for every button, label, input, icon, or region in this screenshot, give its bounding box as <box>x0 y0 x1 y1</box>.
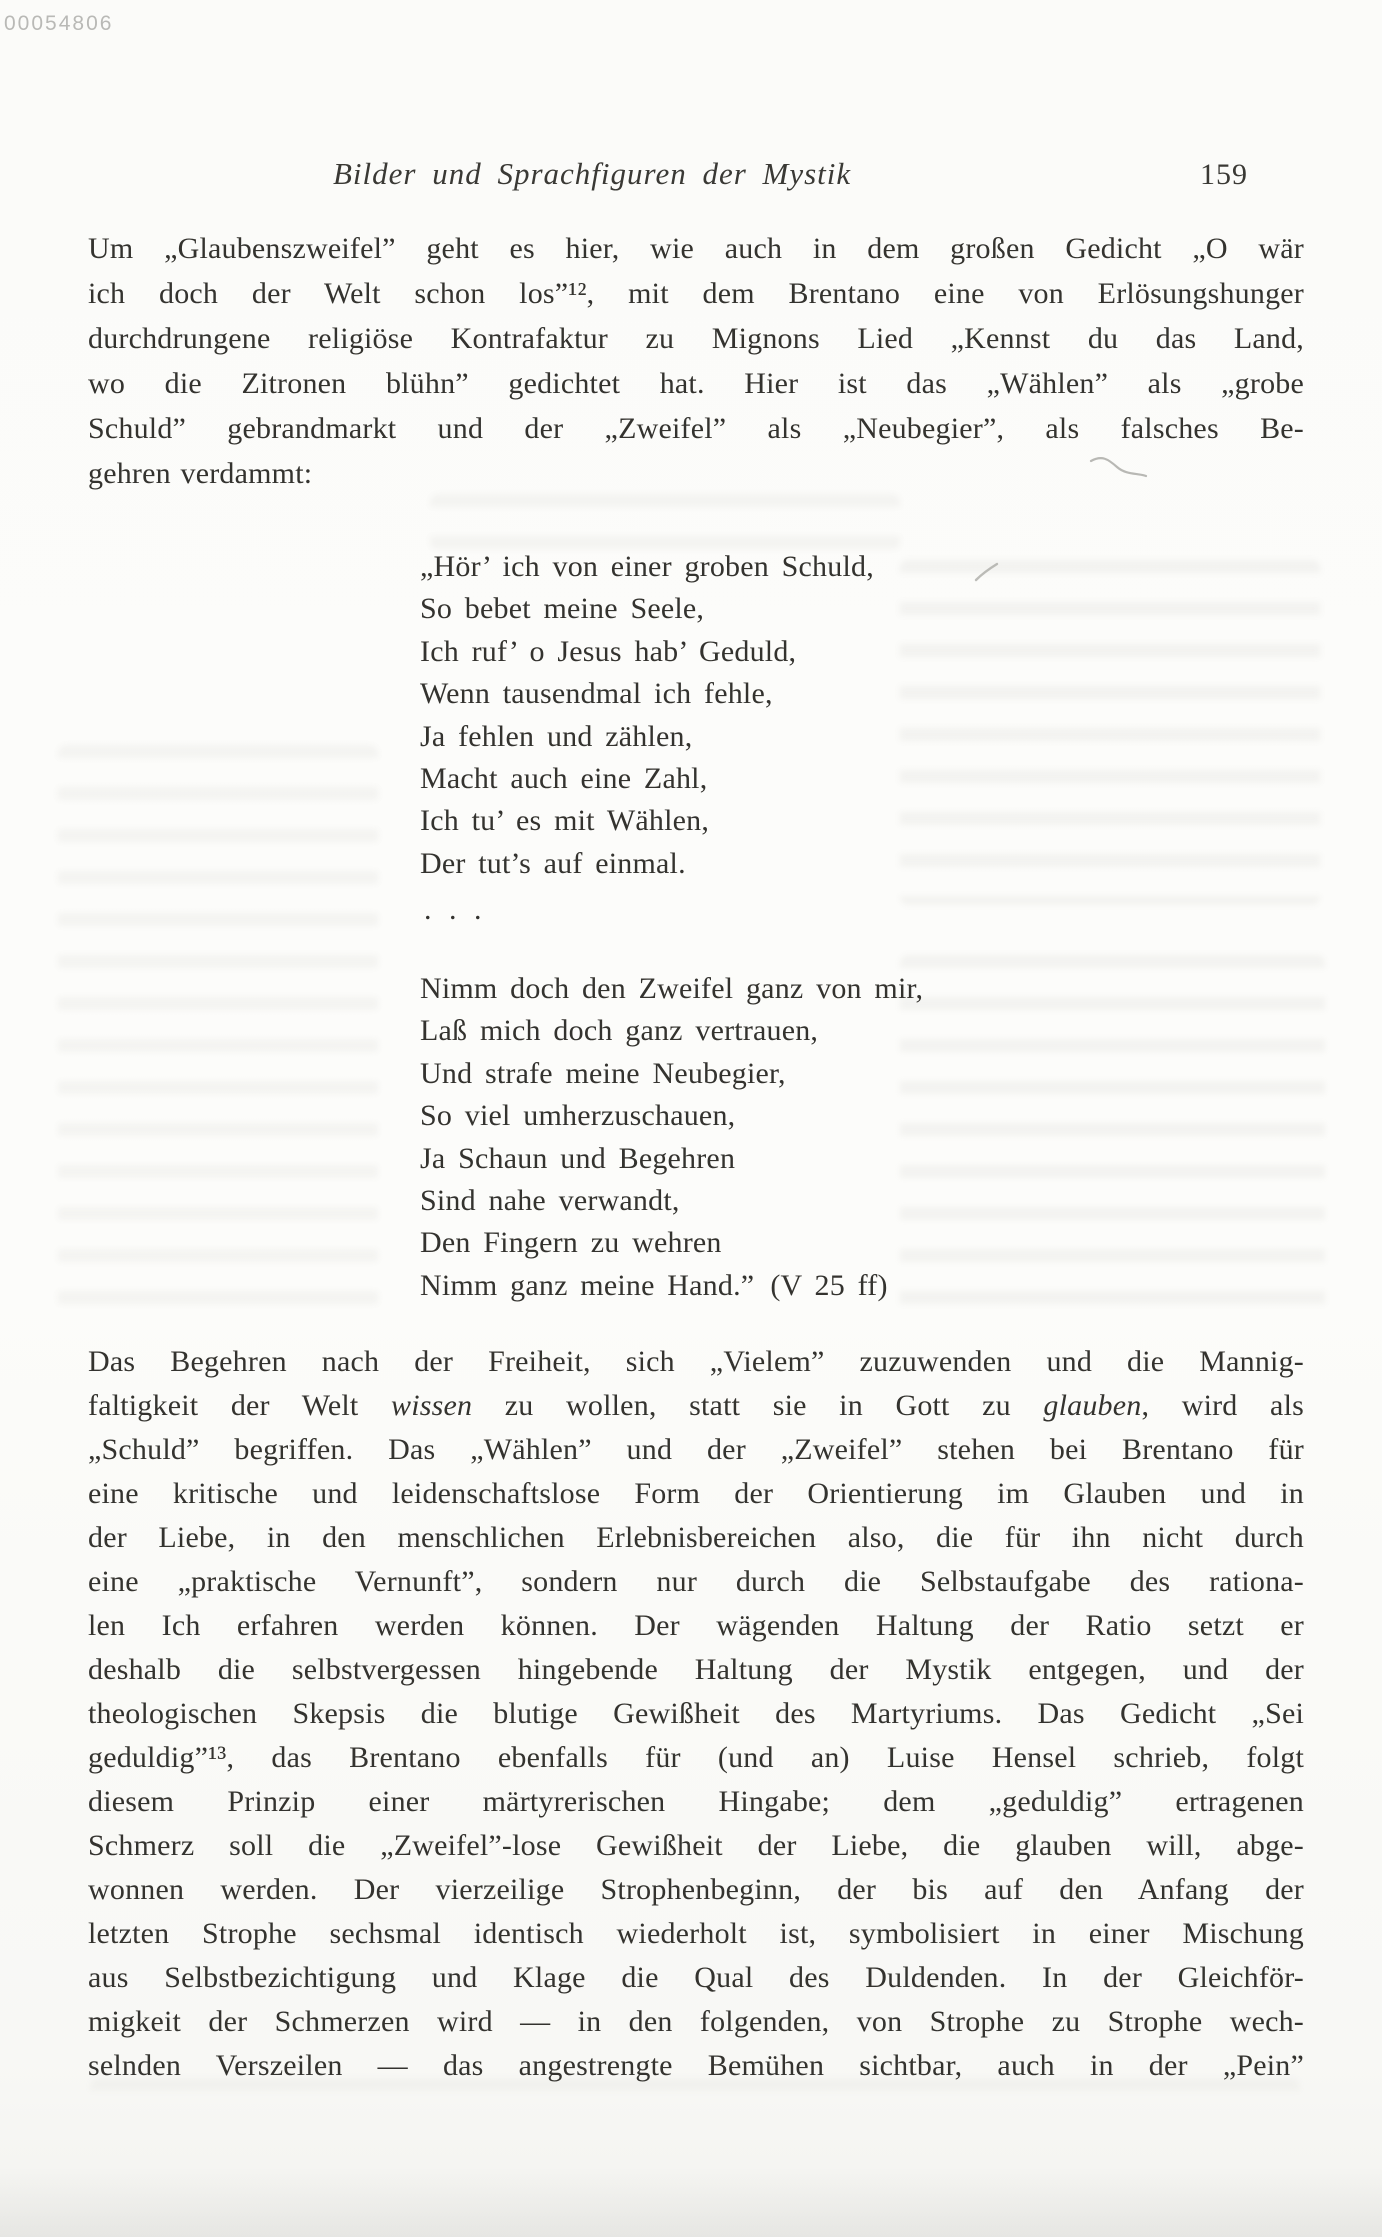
poem-stanza-2: Nimm doch den Zweifel ganz von mir,Laß m… <box>420 968 923 1307</box>
poem-stanza-1: „Hör’ ich von einer groben Schuld,So beb… <box>420 546 874 885</box>
text-line: Ich ruf’ o Jesus hab’ Geduld, <box>420 631 874 673</box>
text-line: aus Selbstbezichtigung und Klage die Qua… <box>88 1956 1304 2000</box>
text-line: len Ich erfahren werden können. Der wäge… <box>88 1604 1304 1648</box>
text-line: durchdrungene religiöse Kontrafaktur zu … <box>88 316 1304 361</box>
text-line: Wenn tausendmal ich fehle, <box>420 673 874 715</box>
bleedthrough-artifact <box>430 494 900 550</box>
text-line: wonnen werden. Der vierzeilige Strophenb… <box>88 1868 1304 1912</box>
text-line: Schmerz soll die „Zweifel”-lose Gewißhei… <box>88 1824 1304 1868</box>
text-line: Ich tu’ es mit Wählen, <box>420 800 874 842</box>
text-line: Macht auch eine Zahl, <box>420 758 874 800</box>
text-line: deshalb die selbstvergessen hingebende H… <box>88 1648 1304 1692</box>
text-line: faltigkeit der Welt wissen zu wollen, st… <box>88 1384 1304 1428</box>
poem-final-text: Nimm ganz meine Hand.” <box>420 1265 754 1307</box>
text-line: der Liebe, in den menschlichen Erlebnisb… <box>88 1516 1304 1560</box>
body-paragraph-2: Das Begehren nach der Freiheit, sich „Vi… <box>88 1340 1304 2088</box>
poem-separator-dots: . . . <box>424 893 487 927</box>
text-line: Sind nahe verwandt, <box>420 1180 923 1222</box>
verse-citation: (V 25 ff) <box>770 1265 887 1307</box>
text-line: Der tut’s auf einmal. <box>420 843 874 885</box>
text-line: Ja fehlen und zählen, <box>420 716 874 758</box>
poem-final-line: Nimm ganz meine Hand.” (V 25 ff) <box>420 1265 923 1307</box>
running-header-title: Bilder und Sprachfiguren der Mystik <box>333 156 851 192</box>
text-line: Den Fingern zu wehren <box>420 1222 923 1264</box>
text-line: Das Begehren nach der Freiheit, sich „Vi… <box>88 1340 1304 1384</box>
text-line: letzten Strophe sechsmal identisch wiede… <box>88 1912 1304 1956</box>
pen-mark-slash <box>972 560 1002 586</box>
text-line: Ja Schaun und Begehren <box>420 1138 923 1180</box>
text-line: selnden Verszeilen — das angestrengte Be… <box>88 2044 1304 2088</box>
text-line: So bebet meine Seele, <box>420 588 874 630</box>
text-line: Schuld” gebrandmarkt und der „Zweifel” a… <box>88 406 1304 451</box>
book-page-scan: 00054806 Bilder und Sprachfiguren der My… <box>0 0 1382 2237</box>
bleedthrough-artifact <box>900 560 1320 905</box>
bleedthrough-artifact <box>58 745 378 1310</box>
text-line: eine „praktische Vernunft”, sondern nur … <box>88 1560 1304 1604</box>
text-line: Laß mich doch ganz vertrauen, <box>420 1010 923 1052</box>
page-number: 159 <box>1200 158 1248 192</box>
text-line: ich doch der Welt schon los”¹², mit dem … <box>88 271 1304 316</box>
text-line: diesem Prinzip einer märtyrerischen Hing… <box>88 1780 1304 1824</box>
text-line: migkeit der Schmerzen wird — in den folg… <box>88 2000 1304 2044</box>
bleedthrough-artifact <box>900 955 1325 1325</box>
scan-id-stamp: 00054806 <box>4 12 113 36</box>
text-line: theologischen Skepsis die blutige Gewißh… <box>88 1692 1304 1736</box>
text-line: So viel umherzuschauen, <box>420 1095 923 1137</box>
text-line: „Schuld” begriffen. Das „Wählen” und der… <box>88 1428 1304 1472</box>
text-line: Um „Glaubenszweifel” geht es hier, wie a… <box>88 226 1304 271</box>
text-line: eine kritische und leidenschaftslose For… <box>88 1472 1304 1516</box>
text-line: gehren verdammt: <box>88 451 1304 496</box>
text-line: „Hör’ ich von einer groben Schuld, <box>420 546 874 588</box>
text-line: geduldig”¹³, das Brentano ebenfalls für … <box>88 1736 1304 1780</box>
body-paragraph-1: Um „Glaubenszweifel” geht es hier, wie a… <box>88 226 1304 496</box>
text-line: Nimm doch den Zweifel ganz von mir, <box>420 968 923 1010</box>
text-line: Und strafe meine Neubegier, <box>420 1053 923 1095</box>
poem-stanza-2-lines: Nimm doch den Zweifel ganz von mir,Laß m… <box>420 968 923 1265</box>
text-line: wo die Zitronen blühn” gedichtet hat. Hi… <box>88 361 1304 406</box>
